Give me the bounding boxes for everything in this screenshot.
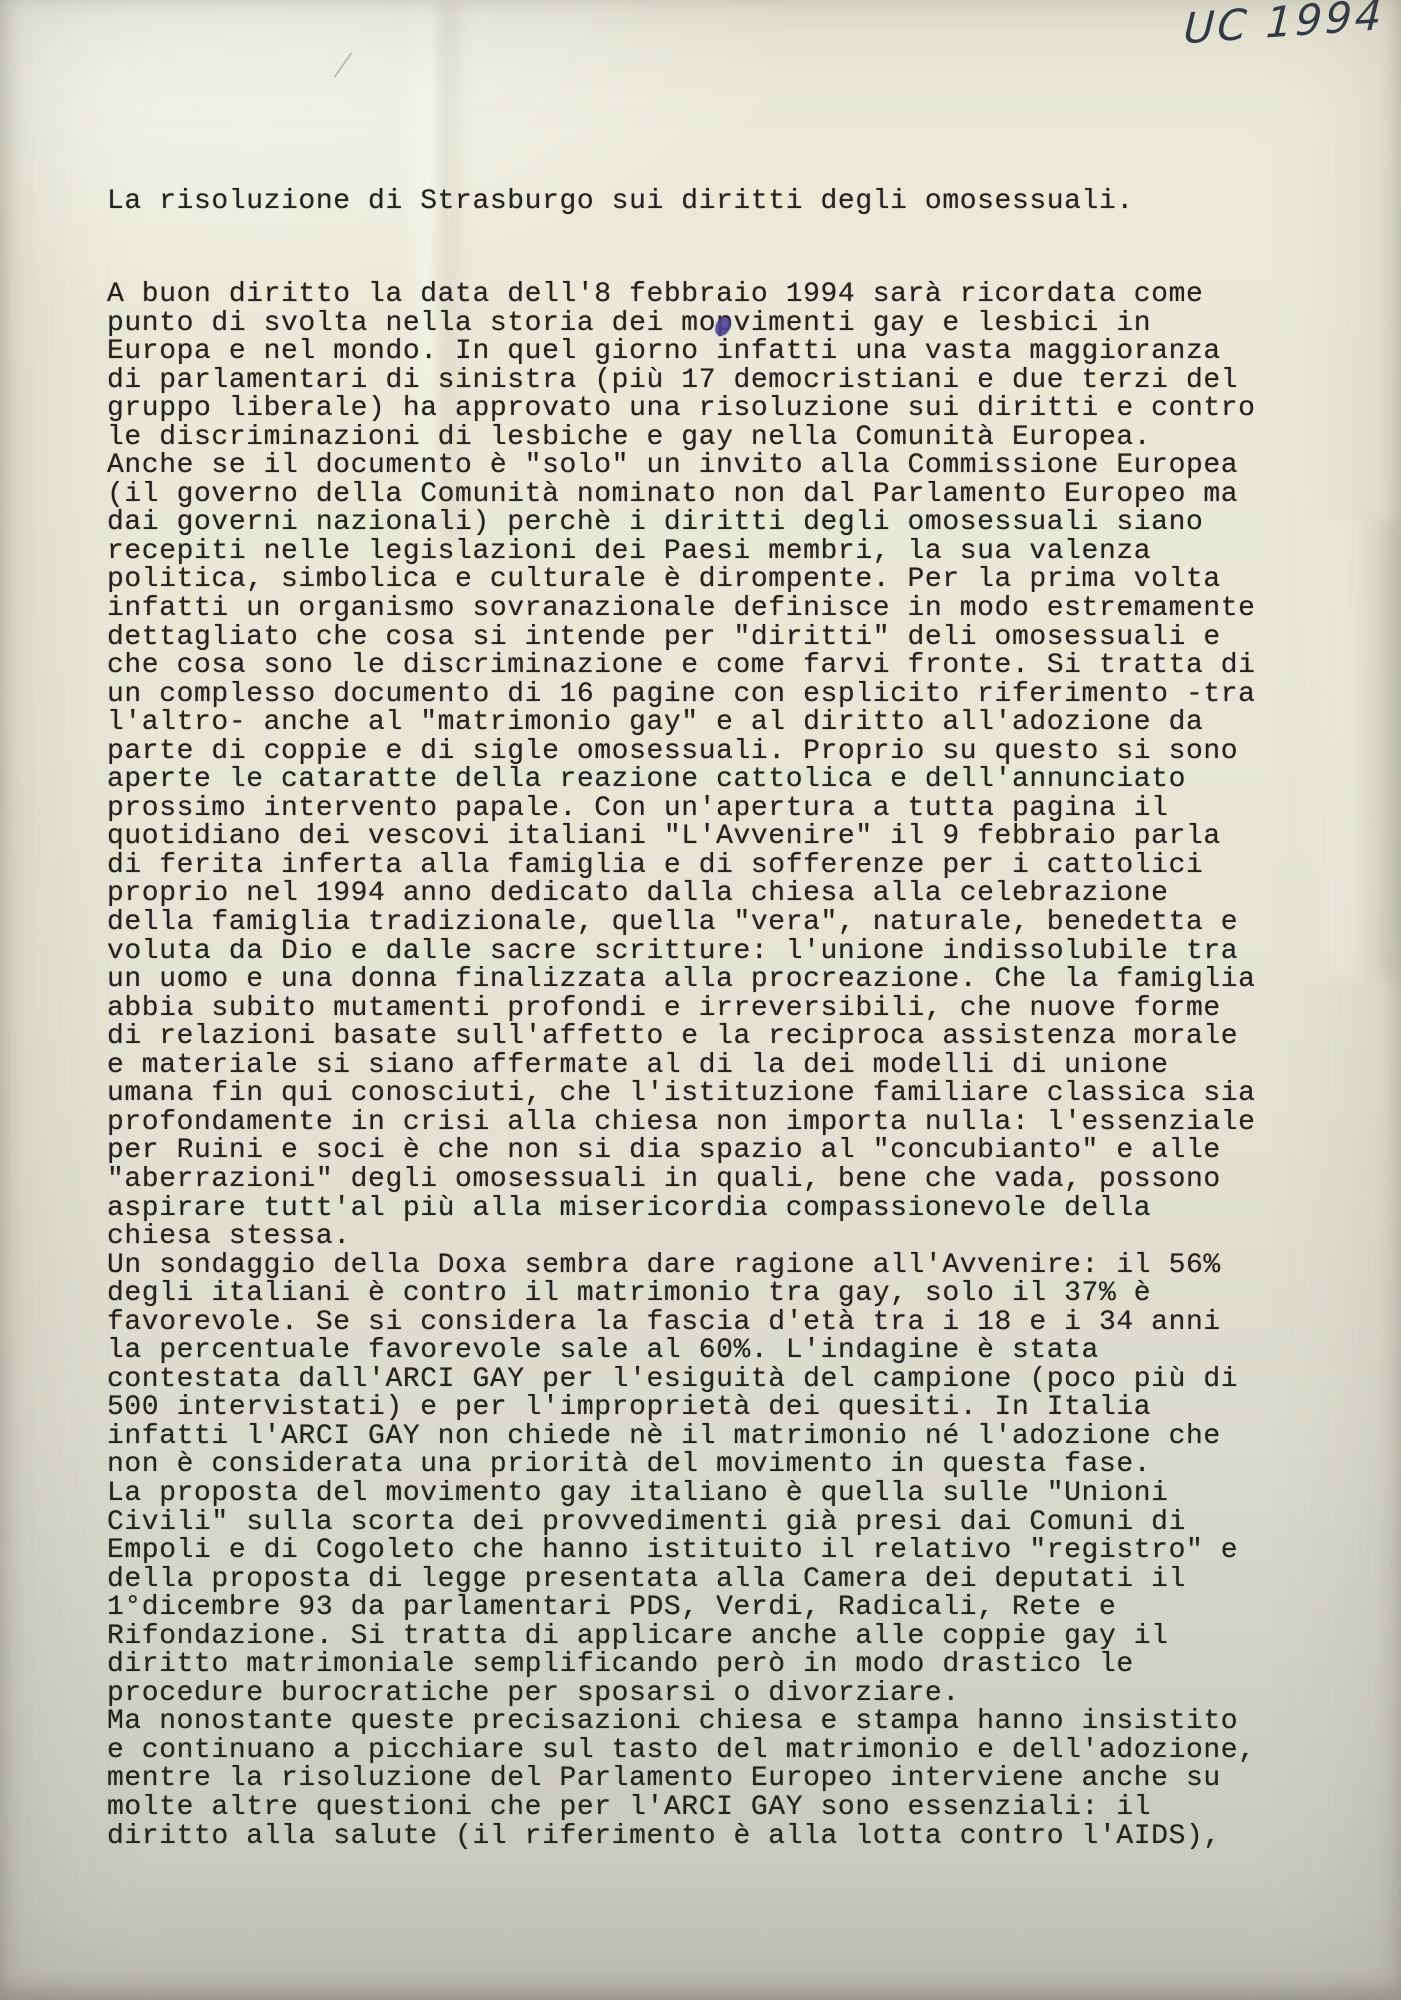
text-line: Empoli e di Cogoleto che hanno istituito… — [107, 1537, 1256, 1566]
document-title: La risoluzione di Strasburgo sui diritti… — [107, 186, 1134, 217]
text-line: della proposta di legge presentata alla … — [107, 1566, 1256, 1595]
text-line: umana fin qui conosciuti, che l'istituzi… — [107, 1080, 1256, 1109]
text-line: A buon diritto la data dell'8 febbraio 1… — [107, 281, 1256, 310]
paper-crease-right — [1295, 520, 1401, 980]
text-line: un uomo e una donna finalizzata alla pro… — [107, 966, 1256, 995]
text-line: degli italiani è contro il matrimonio tr… — [107, 1280, 1256, 1309]
text-line: (il governo della Comunità nominato non … — [107, 481, 1256, 510]
text-line: dettagliato che cosa si intende per "dir… — [107, 624, 1256, 653]
text-line: 500 intervistati) e per l'improprietà de… — [107, 1394, 1256, 1423]
text-line: 1°dicembre 93 da parlamentari PDS, Verdi… — [107, 1594, 1256, 1623]
text-line: e materiale si siano affermate al di la … — [107, 1052, 1256, 1081]
text-line: punto di svolta nella storia dei mopvime… — [107, 310, 1256, 339]
text-line: di ferita inferta alla famiglia e di sof… — [107, 852, 1256, 881]
text-line: parte di coppie e di sigle omosessuali. … — [107, 738, 1256, 767]
scanned-page: UC 1994 La risoluzione di Strasburgo sui… — [0, 0, 1401, 2000]
text-line: quotidiano dei vescovi italiani "L'Avven… — [107, 823, 1256, 852]
text-line: Anche se il documento è "solo" un invito… — [107, 452, 1256, 481]
text-line: favorevole. Se si considera la fascia d'… — [107, 1309, 1256, 1338]
text-line: gruppo liberale) ha approvato una risolu… — [107, 395, 1256, 424]
text-line: prossimo intervento papale. Con un'apert… — [107, 795, 1256, 824]
text-line: Rifondazione. Si tratta di applicare anc… — [107, 1623, 1256, 1652]
text-line: e continuano a picchiare sul tasto del m… — [107, 1737, 1256, 1766]
text-line: chiesa stessa. — [107, 1223, 1256, 1252]
text-line: Europa e nel mondo. In quel giorno infat… — [107, 338, 1256, 367]
text-line: recepiti nelle legislazioni dei Paesi me… — [107, 538, 1256, 567]
text-line: diritto alla salute (il riferimento è al… — [107, 1823, 1256, 1852]
text-line: Un sondaggio della Doxa sembra dare ragi… — [107, 1252, 1256, 1281]
text-line: politica, simbolica e culturale è diromp… — [107, 566, 1256, 595]
text-line: dai governi nazionali) perchè i diritti … — [107, 509, 1256, 538]
text-line: aspirare tutt'al più alla misericordia c… — [107, 1195, 1256, 1224]
handwritten-annotation: UC 1994 — [1182, 0, 1385, 53]
text-line: l'altro- anche al "matrimonio gay" e al … — [107, 709, 1256, 738]
text-line: non è considerata una priorità del movim… — [107, 1451, 1256, 1480]
text-line: diritto matrimoniale semplificando però … — [107, 1651, 1256, 1680]
text-line: un complesso documento di 16 pagine con … — [107, 681, 1256, 710]
text-line: per Ruini e soci è che non si dia spazio… — [107, 1137, 1256, 1166]
document-body: A buon diritto la data dell'8 febbraio 1… — [107, 281, 1256, 1851]
text-line: Civili" sulla scorta dei provvedimenti g… — [107, 1509, 1256, 1538]
text-line: abbia subito mutamenti profondi e irreve… — [107, 995, 1256, 1024]
text-line: infatti un organismo sovranazionale defi… — [107, 595, 1256, 624]
text-line: mentre la risoluzione del Parlamento Eur… — [107, 1765, 1256, 1794]
text-line: di relazioni basate sull'affetto e la re… — [107, 1023, 1256, 1052]
text-line: della famiglia tradizionale, quella "ver… — [107, 909, 1256, 938]
text-line: le discriminazioni di lesbiche e gay nel… — [107, 424, 1256, 453]
text-line: molte altre questioni che per l'ARCI GAY… — [107, 1794, 1256, 1823]
text-line: di parlamentari di sinistra (più 17 demo… — [107, 367, 1256, 396]
text-line: contestata dall'ARCI GAY per l'esiguità … — [107, 1366, 1256, 1395]
text-line: aperte le cataratte della reazione catto… — [107, 766, 1256, 795]
text-line: la percentuale favorevole sale al 60%. L… — [107, 1337, 1256, 1366]
text-line: voluta da Dio e dalle sacre scritture: l… — [107, 938, 1256, 967]
text-line: La proposta del movimento gay italiano è… — [107, 1480, 1256, 1509]
text-line: profondamente in crisi alla chiesa non i… — [107, 1109, 1256, 1138]
paper-scratch — [334, 52, 353, 78]
text-line: che cosa sono le discriminazione e come … — [107, 652, 1256, 681]
text-line: infatti l'ARCI GAY non chiede nè il matr… — [107, 1423, 1256, 1452]
text-line: proprio nel 1994 anno dedicato dalla chi… — [107, 880, 1256, 909]
text-line: "aberrazioni" degli omosessuali in quali… — [107, 1166, 1256, 1195]
text-line: procedure burocratiche per sposarsi o di… — [107, 1680, 1256, 1709]
text-line: Ma nonostante queste precisazioni chiesa… — [107, 1708, 1256, 1737]
